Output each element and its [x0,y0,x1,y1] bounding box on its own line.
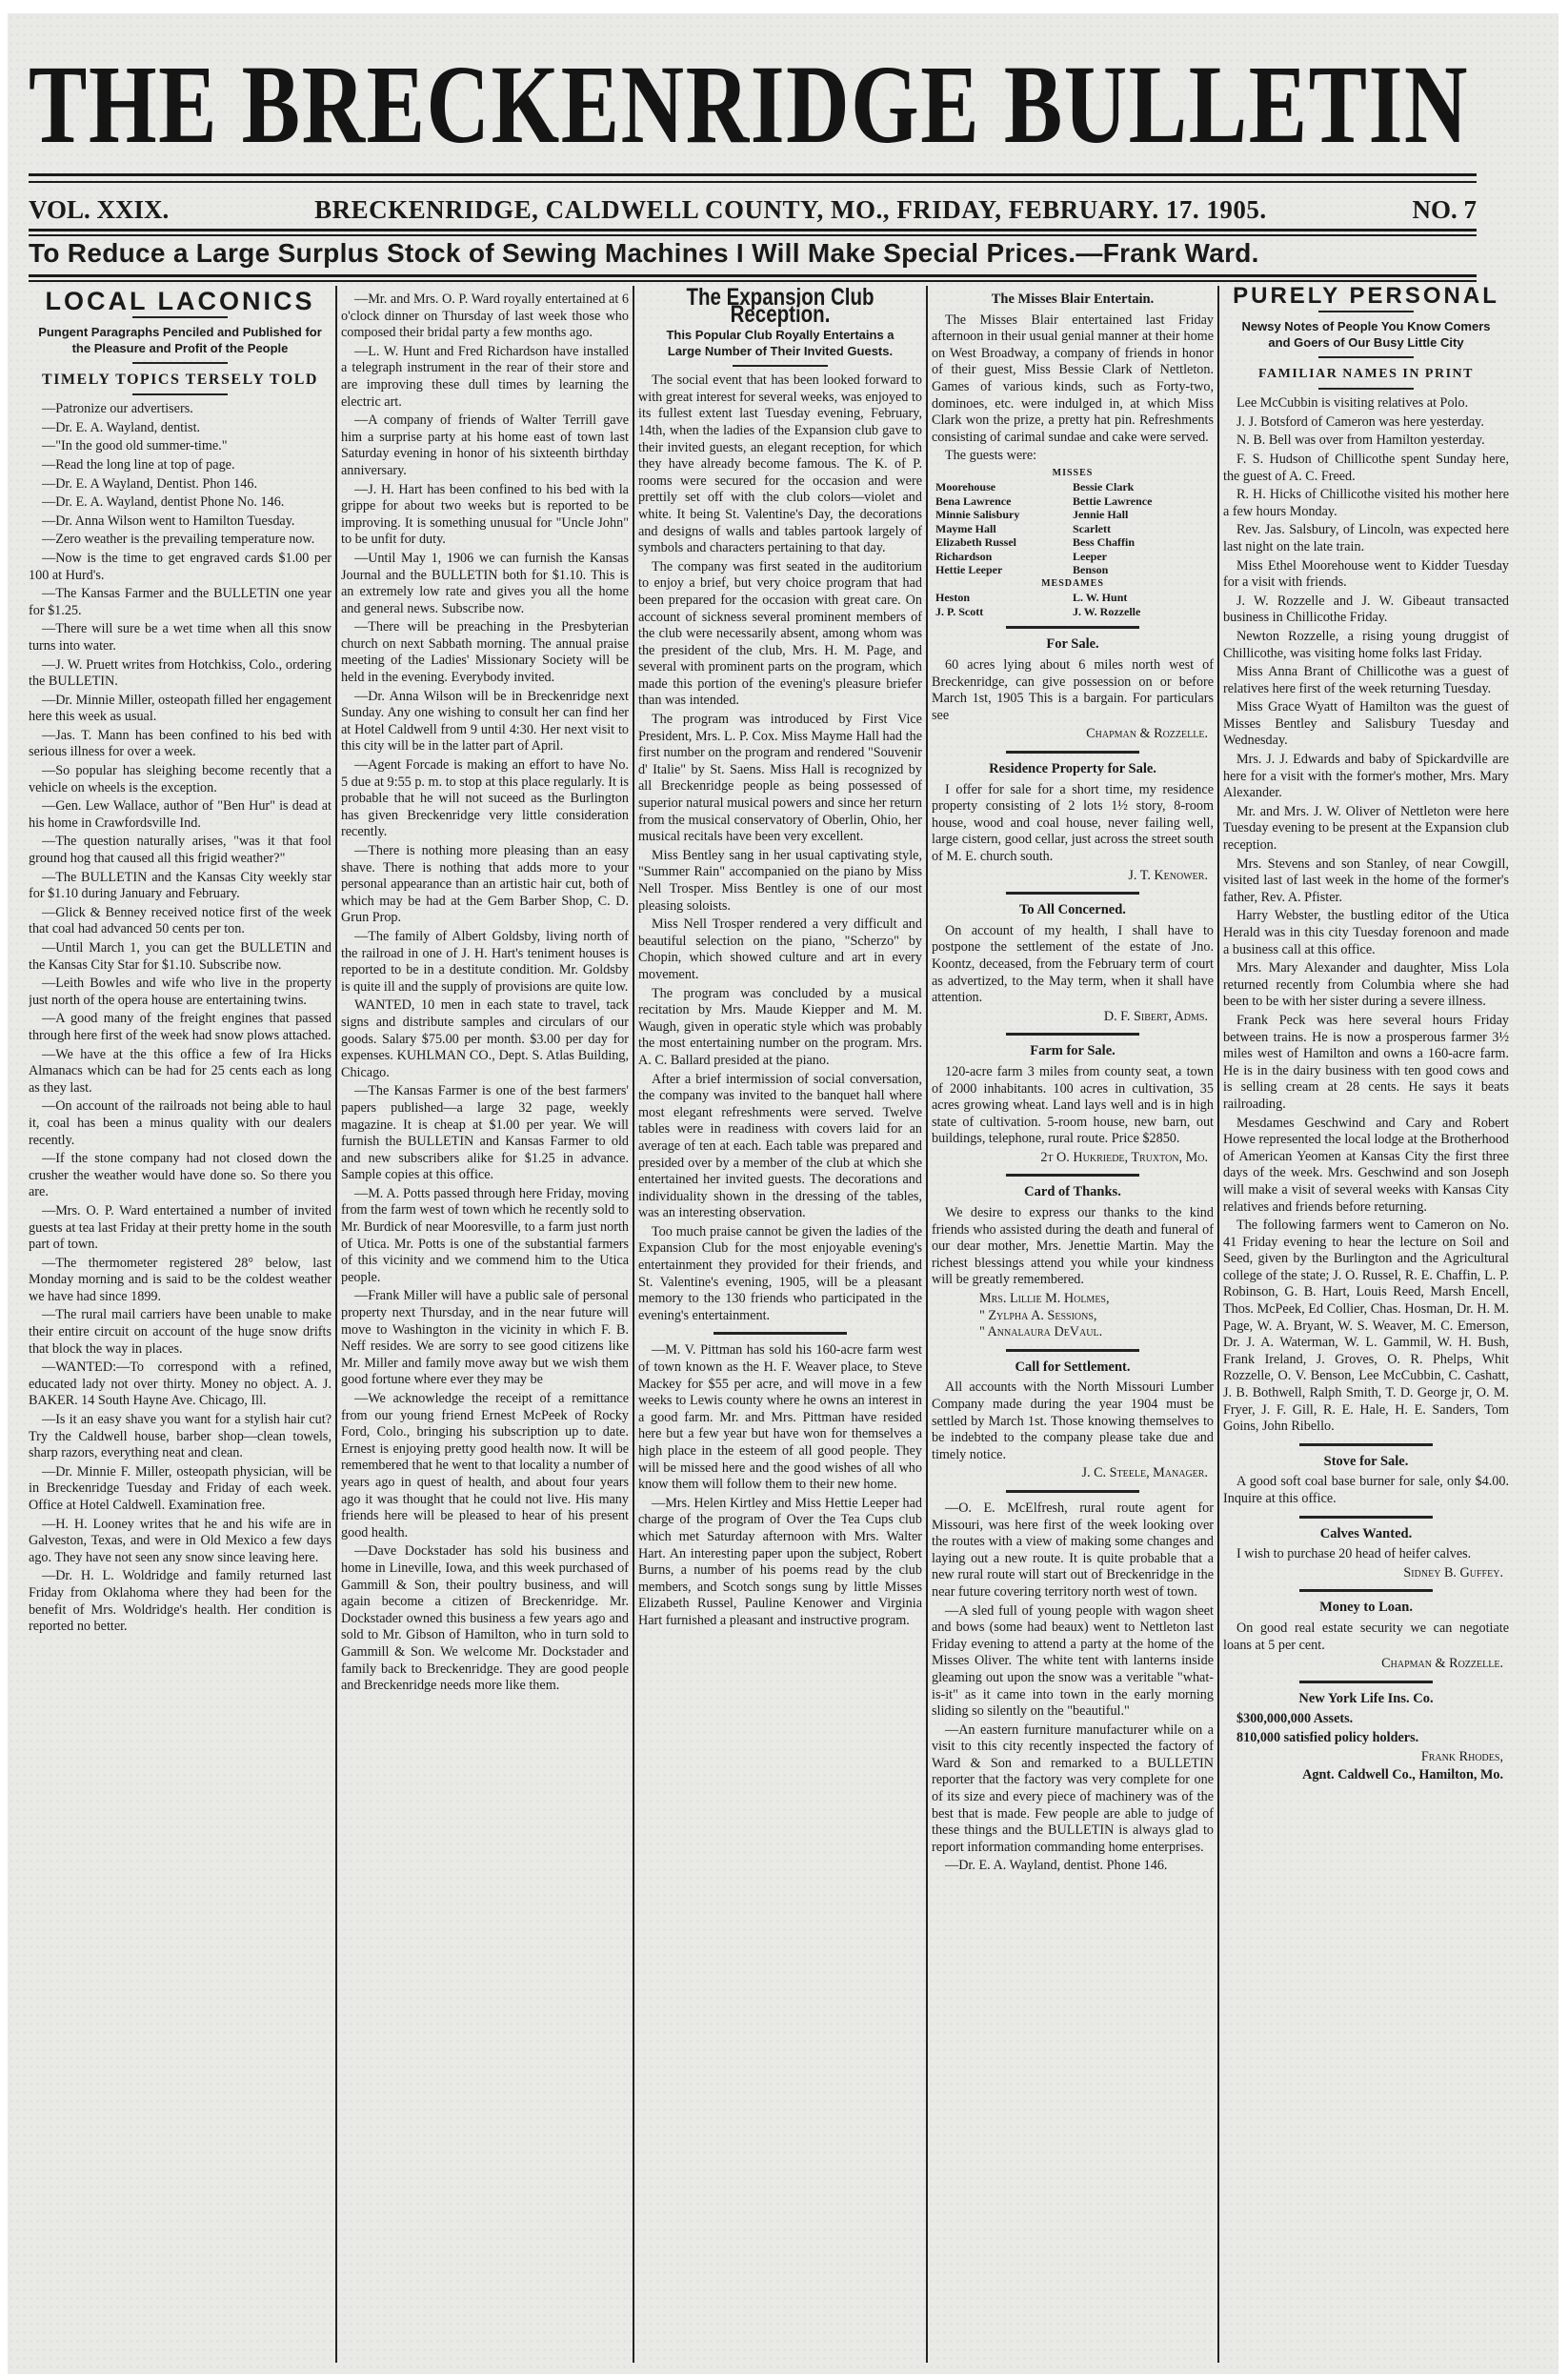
news-item: —M. V. Pittman has sold his 160-acre far… [638,1342,922,1493]
dateline-rule [29,234,1477,236]
sewing-machine-banner: To Reduce a Large Surplus Stock of Sewin… [29,238,1486,276]
news-item: —If the stone company had not closed dow… [29,1151,332,1201]
news-item: —Dr. E. A. Wayland, dentist. [29,420,332,437]
guest-name: Leeper [1073,550,1210,564]
divider [132,316,228,318]
article-paragraph: After a brief intermission of social con… [638,1072,922,1222]
signature: Frank Rhodes, [1223,1749,1503,1766]
news-item: —Patronize our advertisers. [29,401,332,418]
guest-name: Heston [935,591,1073,605]
news-item: —Until May 1, 1906 we can furnish the Ka… [341,551,629,617]
news-item: —A company of friends of Walter Terrill … [341,413,629,479]
local-laconics-subheading: Pungent Paragraphs Penciled and Publishe… [38,324,322,356]
signature: 2t O. Hukriede, Truxton, Mo. [932,1150,1208,1167]
news-item: —On account of the railroads not being a… [29,1098,332,1149]
personal-item: Miss Anna Brant of Chillicothe was a gue… [1223,664,1509,697]
signature: Chapman & Rozzelle. [1223,1656,1503,1673]
news-item: —The rural mail carriers have been unabl… [29,1307,332,1358]
insurance-heading: New York Life Ins. Co. [1223,1691,1509,1708]
kuhlman-advertisement: WANTED, 10 men in each state to travel, … [341,997,629,1081]
personal-item: Mrs. J. J. Edwards and baby of Spickardv… [1223,752,1509,802]
signature: " Annalaura DeVaul. [932,1324,1214,1341]
divider [132,393,228,395]
guest-name: Bena Lawrence [935,494,1073,509]
signature: Chapman & Rozzelle. [932,726,1208,743]
banner-rule [29,280,1477,282]
news-item: —The BULLETIN and the Kansas City weekly… [29,870,332,903]
personal-item: Newton Rozzelle, a rising young druggist… [1223,629,1509,662]
personal-item: Mesdames Geschwind and Cary and Robert H… [1223,1116,1509,1217]
column-rule [1217,286,1219,2363]
guest-name: Mayme Hall [935,522,1073,536]
issue-number: NO. 7 [1413,195,1478,225]
news-item: —We acknowledge the receipt of a remitta… [341,1391,629,1541]
guest-name: Bess Chaffin [1073,535,1210,550]
thanks-heading: Card of Thanks. [932,1184,1214,1201]
news-item: —Dr. E. A. Wayland, dentist Phone No. 14… [29,494,332,512]
news-item: —WANTED:—To correspond with a refined, e… [29,1359,332,1410]
guest-name: J. P. Scott [935,605,1073,619]
news-item: —H. H. Looney writes that he and his wif… [29,1517,332,1567]
news-item: —The family of Albert Goldsby, living no… [341,929,629,996]
expansion-club-subheading: This Popular Club Royally Entertains a L… [648,327,913,359]
personal-item: Mrs. Mary Alexander and daughter, Miss L… [1223,960,1509,1011]
news-item: —Frank Miller will have a public sale of… [341,1288,629,1389]
mesdames-label: MESDAMES [935,577,1210,592]
divider [1318,311,1414,312]
article-paragraph: The program was concluded by a musical r… [638,986,922,1070]
news-item: —The thermometer registered 28° below, l… [29,1256,332,1306]
signature: Mrs. Lillie M. Holmes, [932,1291,1214,1308]
guest-name: Minnie Salisbury [935,508,1073,522]
settlement-heading: Call for Settlement. [932,1359,1214,1377]
familiar-names-heading: FAMILIAR NAMES IN PRINT [1223,366,1509,383]
news-item: —Mrs. Helen Kirtley and Miss Hettie Leep… [638,1496,922,1630]
news-item: —Dr. E. A. Wayland, dentist. Phone 146. [932,1858,1214,1875]
personal-item: The following farmers went to Cameron on… [1223,1218,1509,1436]
article-paragraph: Miss Nell Trosper rendered a very diffic… [638,916,922,983]
divider [1318,356,1414,358]
newspaper-page: THE BRECKENRIDGE BULLETIN VOL. XXIX. BRE… [8,13,1558,2374]
news-item: —Now is the time to get engraved cards $… [29,551,332,584]
article-paragraph: Miss Bentley sang in her usual captivati… [638,848,922,915]
divider [1006,1033,1139,1036]
settlement-body: All accounts with the North Missouri Lum… [932,1379,1214,1463]
divider [132,362,228,364]
concerned-body: On account of my health, I shall have to… [932,923,1214,1007]
article-paragraph: Too much praise cannot be given the ladi… [638,1224,922,1325]
masthead-rule [29,181,1477,183]
for-sale-body: 60 acres lying about 6 miles north west … [932,657,1214,724]
news-item: —Mr. and Mrs. O. P. Ward royally enterta… [341,292,629,342]
personal-item: N. B. Bell was over from Hamilton yester… [1223,433,1509,450]
personal-item: Frank Peck was here several hours Friday… [1223,1013,1509,1114]
masthead-title: THE BRECKENRIDGE BULLETIN [29,48,1173,162]
news-item: —There is nothing more pleasing than an … [341,843,629,927]
expansion-club-heading: The Expansion Club Reception. [664,290,896,323]
article-paragraph: The program was introduced by First Vice… [638,712,922,846]
news-item: —L. W. Hunt and Fred Richardson have ins… [341,344,629,411]
news-item: —An eastern furniture manufacturer while… [932,1722,1214,1857]
column-local-laconics: LOCAL LACONICS Pungent Paragraphs Pencil… [29,286,332,2363]
news-item: —Until March 1, you can get the BULLETIN… [29,940,332,974]
column-notices: The Misses Blair Entertain. The Misses B… [932,286,1214,2363]
dateline: VOL. XXIX. BRECKENRIDGE, CALDWELL COUNTY… [29,192,1477,227]
column-expansion-club: The Expansion Club Reception. This Popul… [638,286,922,2363]
news-item: —Dr. E. A Wayland, Dentist. Phon 146. [29,476,332,493]
divider [1318,388,1414,390]
divider [733,365,828,367]
news-item: —Dr. Anna Wilson went to Hamilton Tuesda… [29,513,332,531]
local-laconics-heading: LOCAL LACONICS [29,293,332,311]
concerned-heading: To All Concerned. [932,902,1214,919]
blair-body: The Misses Blair entertained last Friday… [932,312,1214,447]
signature: D. F. Sibert, Adms. [932,1009,1208,1026]
guest-name: Scarlett [1073,522,1210,536]
guest-name: Hettie Leeper [935,563,1073,577]
news-item: —Dr. H. L. Woldridge and family returned… [29,1568,332,1635]
purely-personal-heading: PURELY PERSONAL [1223,288,1509,305]
signature: J. C. Steele, Manager. [932,1465,1208,1482]
date-and-place: BRECKENRIDGE, CALDWELL COUNTY, MO., FRID… [169,195,1412,225]
news-item: —Glick & Benney received notice first of… [29,905,332,938]
farm-heading: Farm for Sale. [932,1043,1214,1060]
calves-body: I wish to purchase 20 head of heifer cal… [1223,1546,1509,1563]
divider [1006,892,1139,895]
news-item: —We have at the this office a few of Ira… [29,1047,332,1097]
personal-item: Rev. Jas. Salsbury, of Lincoln, was expe… [1223,522,1509,555]
personal-item: Mr. and Mrs. J. W. Oliver of Nettleton w… [1223,804,1509,855]
agent-line: Agnt. Caldwell Co., Hamilton, Mo. [1223,1767,1503,1784]
news-item: —Is it an easy shave you want for a styl… [29,1412,332,1462]
residence-body: I offer for sale for a short time, my re… [932,782,1214,866]
news-item: —O. E. McElfresh, rural route agent for … [932,1500,1214,1601]
signature: J. T. Kenower. [932,868,1208,885]
column-rule [335,286,337,2363]
divider [1006,626,1139,629]
guest-name: Jennie Hall [1073,508,1210,522]
news-item: —There will sure be a wet time when all … [29,621,332,654]
stove-heading: Stove for Sale. [1223,1454,1509,1471]
divider [1006,1349,1139,1352]
article-paragraph: The company was first seated in the audi… [638,559,922,710]
calves-heading: Calves Wanted. [1223,1526,1509,1543]
news-item: —J. H. Hart has been confined to his bed… [341,482,629,549]
guest-name: Benson [1073,563,1210,577]
misses-label: MISSES [935,467,1210,481]
guest-name: Bessie Clark [1073,480,1210,494]
news-item: —A good many of the freight engines that… [29,1011,332,1044]
guest-name: J. W. Rozzelle [1073,605,1210,619]
news-item: —There will be preaching in the Presbyte… [341,619,629,686]
personal-item: J. W. Rozzelle and J. W. Gibeaut transac… [1223,594,1509,627]
news-item: —Mrs. O. P. Ward entertained a number of… [29,1203,332,1254]
divider [1299,1681,1433,1683]
news-item: —The Kansas Farmer is one of the best fa… [341,1083,629,1184]
personal-item: Lee McCubbin is visiting relatives at Po… [1223,395,1509,413]
guest-name: Moorehouse [935,480,1073,494]
divider [1006,1174,1139,1177]
guest-list: MISSES Moorehouse Bessie Clark Bena Lawr… [932,467,1214,619]
personal-item: J. J. Botsford of Cameron was here yeste… [1223,414,1509,432]
news-item: —Dr. Minnie Miller, osteopath filled her… [29,693,332,726]
news-item: —Zero weather is the prevailing temperat… [29,532,332,549]
personal-item: R. H. Hicks of Chillicothe visited his m… [1223,487,1509,520]
divider [1299,1516,1433,1519]
divider [1299,1589,1433,1592]
guests-intro: The guests were: [932,448,1214,465]
stove-body: A good soft coal base burner for sale, o… [1223,1474,1509,1507]
personal-item: Mrs. Stevens and son Stanley, of near Co… [1223,856,1509,907]
timely-topics-heading: TIMELY TOPICS TERSELY TOLD [29,372,332,389]
column-rule [926,286,928,2363]
column-purely-personal: PURELY PERSONAL Newsy Notes of People Yo… [1223,286,1509,2363]
residence-heading: Residence Property for Sale. [932,761,1214,778]
loan-body: On good real estate security we can nego… [1223,1621,1509,1654]
news-item: —Leith Bowles and wife who live in the p… [29,976,332,1009]
signature: Sidney B. Guffey. [1223,1565,1503,1582]
column-rule [633,286,634,2363]
guest-name: Richardson [935,550,1073,564]
divider [1299,1443,1433,1446]
banner-rule [29,274,1477,277]
farm-body: 120-acre farm 3 miles from county seat, … [932,1064,1214,1148]
personal-item: Harry Webster, the bustling editor of th… [1223,908,1509,958]
news-item: —Gen. Lew Wallace, author of "Ben Hur" i… [29,798,332,832]
news-item: —The question naturally arises, "was it … [29,834,332,867]
signature: " Zylpha A. Sessions, [932,1308,1214,1325]
personal-item: F. S. Hudson of Chillicothe spent Sunday… [1223,452,1509,485]
dateline-rule [29,229,1477,232]
news-item: —J. W. Pruett writes from Hotchkiss, Col… [29,657,332,691]
personal-item: Miss Ethel Moorehouse went to Kidder Tue… [1223,558,1509,592]
news-item: —Dr. Anna Wilson will be in Breckenridge… [341,689,629,755]
news-item: —Jas. T. Mann has been confined to his b… [29,728,332,761]
insurance-policyholders: 810,000 satisfied policy holders. [1223,1730,1509,1747]
divider [1006,1490,1139,1493]
guest-name: Bettie Lawrence [1073,494,1210,509]
news-item: —M. A. Potts passed through here Friday,… [341,1186,629,1287]
news-item: —"In the good old summer-time." [29,438,332,455]
volume-number: VOL. XXIX. [29,195,169,225]
purely-personal-subheading: Newsy Notes of People You Know Comers an… [1233,318,1499,351]
loan-heading: Money to Loan. [1223,1600,1509,1617]
insurance-assets: $300,000,000 Assets. [1223,1711,1509,1728]
divider [1006,751,1139,754]
masthead-rule [29,173,1477,176]
guest-name: Elizabeth Russel [935,535,1073,550]
guest-name: L. W. Hunt [1073,591,1210,605]
blair-heading: The Misses Blair Entertain. [932,292,1214,309]
personal-item: Miss Grace Wyatt of Hamilton was the gue… [1223,699,1509,750]
for-sale-heading: For Sale. [932,636,1214,654]
news-item: —The Kansas Farmer and the BULLETIN one … [29,586,332,619]
divider [714,1332,847,1335]
news-item: —Read the long line at top of page. [29,457,332,474]
article-paragraph: The social event that has been looked fo… [638,373,922,557]
news-item: —So popular has sleighing become recentl… [29,763,332,796]
news-item: —Dave Dockstader has sold his business a… [341,1543,629,1694]
news-item: —Dr. Minnie F. Miller, osteopath physici… [29,1464,332,1515]
column-local-news: —Mr. and Mrs. O. P. Ward royally enterta… [341,292,629,2368]
news-item: —A sled full of young people with wagon … [932,1603,1214,1721]
thanks-body: We desire to express our thanks to the k… [932,1205,1214,1289]
news-item: —Agent Forcade is making an effort to ha… [341,757,629,841]
